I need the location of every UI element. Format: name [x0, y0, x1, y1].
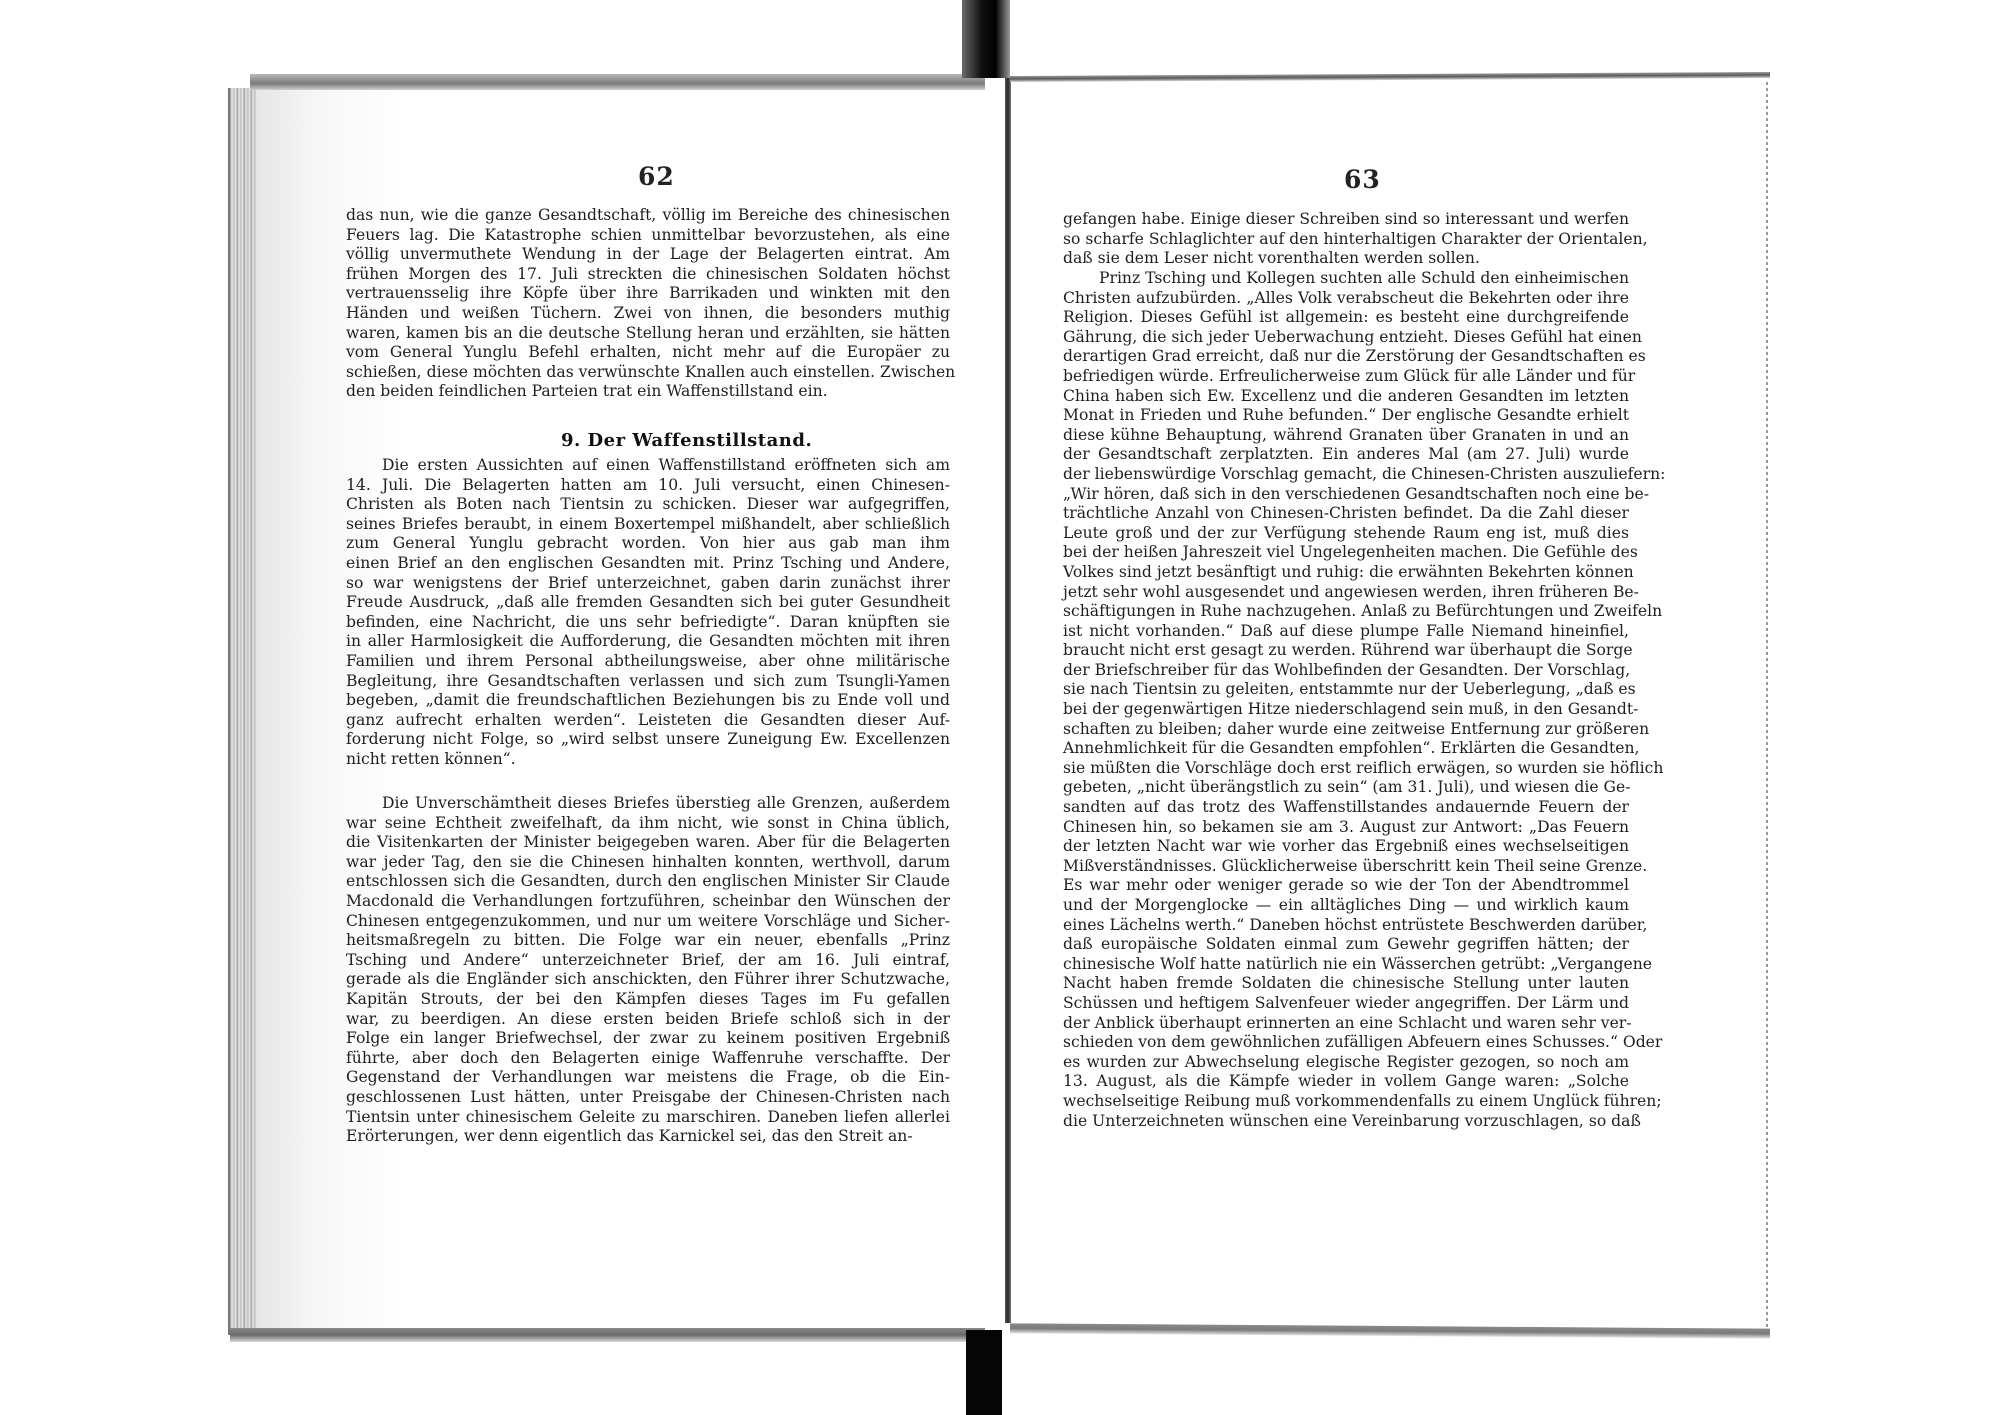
text-line: gerade als die Engländer sich anschickte… — [346, 970, 950, 990]
text-line: so war wenigstens der Brief unterzeichne… — [346, 574, 950, 594]
text-line: Christen als Boten nach Tientsin zu schi… — [346, 495, 950, 515]
text-line: Erörterungen, wer denn eigentlich das Ka… — [346, 1127, 950, 1147]
text-line: zum General Yunglu gebracht worden. Von … — [346, 534, 950, 554]
text-line: Freude Ausdruck, „daß alle fremden Gesan… — [346, 593, 950, 613]
text-line: diese kühne Behauptung, während Granaten… — [1063, 426, 1629, 446]
text-line: jetzt sehr wohl ausgesendet und angewies… — [1063, 583, 1629, 603]
text-line: den beiden feindlichen Parteien trat ein… — [346, 382, 950, 402]
text-line: 13. August, als die Kämpfe wieder in vol… — [1063, 1072, 1629, 1092]
text-line: „Wir hören, daß sich in den verschiedene… — [1063, 485, 1629, 505]
text-line: einen Brief an den englischen Gesandten … — [346, 554, 950, 574]
text-line: Leute groß und der zur Verfügung stehend… — [1063, 524, 1629, 544]
text-line: Macdonald die Verhandlungen fortzuführen… — [346, 892, 950, 912]
text-line: sandten auf das trotz des Waffenstillsta… — [1063, 798, 1629, 818]
text-line: eines Lächelns werth.“ Daneben höchst en… — [1063, 916, 1629, 936]
left-page-paragraph-1: das nun, wie die ganze Gesandtschaft, vö… — [346, 206, 950, 402]
text-line: Gegenstand der Verhandlungen war meisten… — [346, 1068, 950, 1088]
text-line: vom General Yunglu Befehl erhalten, nich… — [346, 343, 950, 363]
text-line: schieden von dem gewöhnlichen zufälligen… — [1063, 1033, 1629, 1053]
text-line: bei der heißen Jahreszeit viel Ungelegen… — [1063, 543, 1629, 563]
section-heading: 9. Der Waffenstillstand. — [561, 430, 812, 451]
text-line: ist nicht vorhanden.“ Daß auf diese plum… — [1063, 622, 1629, 642]
text-line: forderung nicht Folge, so „wird selbst u… — [346, 730, 950, 750]
text-line: derartigen Grad erreicht, daß nur die Ze… — [1063, 347, 1629, 367]
text-line: waren, kamen bis an die deutsche Stellun… — [346, 324, 950, 344]
text-line: und der Morgenglocke — ein alltägliches … — [1063, 896, 1629, 916]
text-line: Es war mehr oder weniger gerade so wie d… — [1063, 876, 1629, 896]
text-line: wechselseitige Reibung muß vorkommendenf… — [1063, 1092, 1629, 1112]
right-page-paragraph-2: Prinz Tsching und Kollegen suchten alle … — [1063, 269, 1629, 1131]
text-line: chinesische Wolf hatte natürlich nie ein… — [1063, 955, 1629, 975]
text-line: schäftigungen in Ruhe nachzugehen. Anlaß… — [1063, 602, 1629, 622]
text-line: der letzten Nacht war wie vorher das Erg… — [1063, 837, 1629, 857]
binding-gutter-top — [962, 0, 1010, 78]
text-line: 14. Juli. Die Belagerten hatten am 10. J… — [346, 476, 950, 496]
binding-gutter-bottom — [966, 1330, 1002, 1415]
text-line: Annehmlichkeit für die Gesandten empfohl… — [1063, 739, 1629, 759]
text-line: Tientsin unter chinesischem Geleite zu m… — [346, 1108, 950, 1128]
text-line: gefangen habe. Einige dieser Schreiben s… — [1063, 210, 1629, 230]
left-page-section-paragraph-1: Die ersten Aussichten auf einen Waffenst… — [346, 456, 950, 770]
text-line: der Gesandtschaft zerplatzten. Ein ander… — [1063, 445, 1629, 465]
text-line: befriedigen würde. Erfreulicherweise zum… — [1063, 367, 1629, 387]
text-line: gebeten, „nicht überängstlich zu sein“ (… — [1063, 778, 1629, 798]
text-line: Volkes sind jetzt besänftigt und ruhig: … — [1063, 563, 1629, 583]
text-line: Tsching und Andere“ unterzeichneter Brie… — [346, 951, 950, 971]
text-line: es wurden zur Abwechselung elegische Reg… — [1063, 1053, 1629, 1073]
right-page-paragraph-1: gefangen habe. Einige dieser Schreiben s… — [1063, 210, 1629, 269]
text-line: daß sie dem Leser nicht vorenthalten wer… — [1063, 249, 1629, 269]
text-line: Kapitän Strouts, der bei den Kämpfen die… — [346, 990, 950, 1010]
text-line: vertrauensselig ihre Köpfe über ihre Bar… — [346, 284, 950, 304]
text-line: Religion. Dieses Gefühl ist allgemein: e… — [1063, 308, 1629, 328]
text-line: Familien und ihrem Personal abtheilungsw… — [346, 652, 950, 672]
text-line: der liebenswürdige Vorschlag gemacht, di… — [1063, 465, 1629, 485]
page-number-right: 63 — [1344, 165, 1381, 194]
text-line: schießen, diese möchten das verwünschte … — [346, 363, 950, 383]
text-line: Begleitung, ihre Gesandtschaften verlass… — [346, 672, 950, 692]
text-line: Christen aufzubürden. „Alles Volk verabs… — [1063, 289, 1629, 309]
text-line: ganz aufrecht erhalten werden“. Leistete… — [346, 711, 950, 731]
text-line: frühen Morgen des 17. Juli streckten die… — [346, 265, 950, 285]
text-line: das nun, wie die ganze Gesandtschaft, vö… — [346, 206, 950, 226]
text-line: daß europäische Soldaten einmal zum Gewe… — [1063, 935, 1629, 955]
text-line: Gährung, die sich jeder Ueberwachung ent… — [1063, 328, 1629, 348]
text-line: geschlossenen Lust hätten, unter Preisga… — [346, 1088, 950, 1108]
text-line: braucht nicht erst gesagt zu werden. Rüh… — [1063, 641, 1629, 661]
text-line: Chinesen hin, so bekamen sie am 3. Augus… — [1063, 818, 1629, 838]
text-line: die Unterzeichneten wünschen eine Verein… — [1063, 1112, 1629, 1132]
text-line: in aller Harmlosigkeit die Aufforderung,… — [346, 632, 950, 652]
text-line: Folge ein langer Briefwechsel, der zwar … — [346, 1029, 950, 1049]
text-line: Mißverständnisses. Glücklicherweise über… — [1063, 857, 1629, 877]
text-line: Monat in Frieden und Ruhe befunden.“ Der… — [1063, 406, 1629, 426]
text-line: die Visitenkarten der Minister beigegebe… — [346, 833, 950, 853]
text-line: Die Unverschämtheit dieses Briefes übers… — [346, 794, 950, 814]
bottom-edge-left — [230, 1328, 985, 1342]
text-line: der Briefschreiber für das Wohlbefinden … — [1063, 661, 1629, 681]
text-line: Chinesen entgegenzukommen, und nur um we… — [346, 912, 950, 932]
text-line: Die ersten Aussichten auf einen Waffenst… — [346, 456, 950, 476]
text-line: Schüssen und heftigem Salvenfeuer wieder… — [1063, 994, 1629, 1014]
left-page-section-paragraph-2: Die Unverschämtheit dieses Briefes übers… — [346, 794, 950, 1147]
text-line: sie müßten die Vorschläge doch erst reif… — [1063, 759, 1629, 779]
text-line: begeben, „damit die freundschaftlichen B… — [346, 691, 950, 711]
text-line: Händen und weißen Tüchern. Zwei von ihne… — [346, 304, 950, 324]
text-line: trächtliche Anzahl von Chinesen-Christen… — [1063, 504, 1629, 524]
page-number-left: 62 — [638, 162, 675, 191]
top-edge-left — [250, 74, 985, 90]
text-line: war jeder Tag, den sie die Chinesen hinh… — [346, 853, 950, 873]
text-line: nicht retten können“. — [346, 750, 950, 770]
text-line: entschlossen sich die Gesandten, durch d… — [346, 872, 950, 892]
right-page-edge — [1766, 82, 1768, 1328]
text-line: so scharfe Schlaglichter auf den hinterh… — [1063, 230, 1629, 250]
text-line: führte, aber doch den Belagerten einige … — [346, 1049, 950, 1069]
text-line: befinden, eine Nachricht, die uns sehr b… — [346, 613, 950, 633]
text-line: seines Briefes beraubt, in einem Boxerte… — [346, 515, 950, 535]
text-line: der Anblick überhaupt erinnerten an eine… — [1063, 1014, 1629, 1034]
text-line: Nacht haben fremde Soldaten die chinesis… — [1063, 974, 1629, 994]
text-line: Feuers lag. Die Katastrophe schien unmit… — [346, 226, 950, 246]
text-line: war, zu beerdigen. An diese ersten beide… — [346, 1010, 950, 1030]
text-line: bei der gegenwärtigen Hitze niederschlag… — [1063, 700, 1629, 720]
text-line: Prinz Tsching und Kollegen suchten alle … — [1063, 269, 1629, 289]
text-line: war seine Echtheit zweifelhaft, da ihm n… — [346, 814, 950, 834]
text-line: völlig unvermuthete Wendung in der Lage … — [346, 245, 950, 265]
text-line: China haben sich Ew. Excellenz und die a… — [1063, 387, 1629, 407]
text-line: schaften zu bleiben; daher wurde eine ze… — [1063, 720, 1629, 740]
text-line: sie nach Tientsin zu geleiten, entstammt… — [1063, 680, 1629, 700]
book-scan: 62 das nun, wie die ganze Gesandtschaft,… — [0, 0, 2000, 1415]
text-line: heitsmaßregeln zu bitten. Die Folge war … — [346, 931, 950, 951]
page-edges-stack — [228, 88, 258, 1335]
